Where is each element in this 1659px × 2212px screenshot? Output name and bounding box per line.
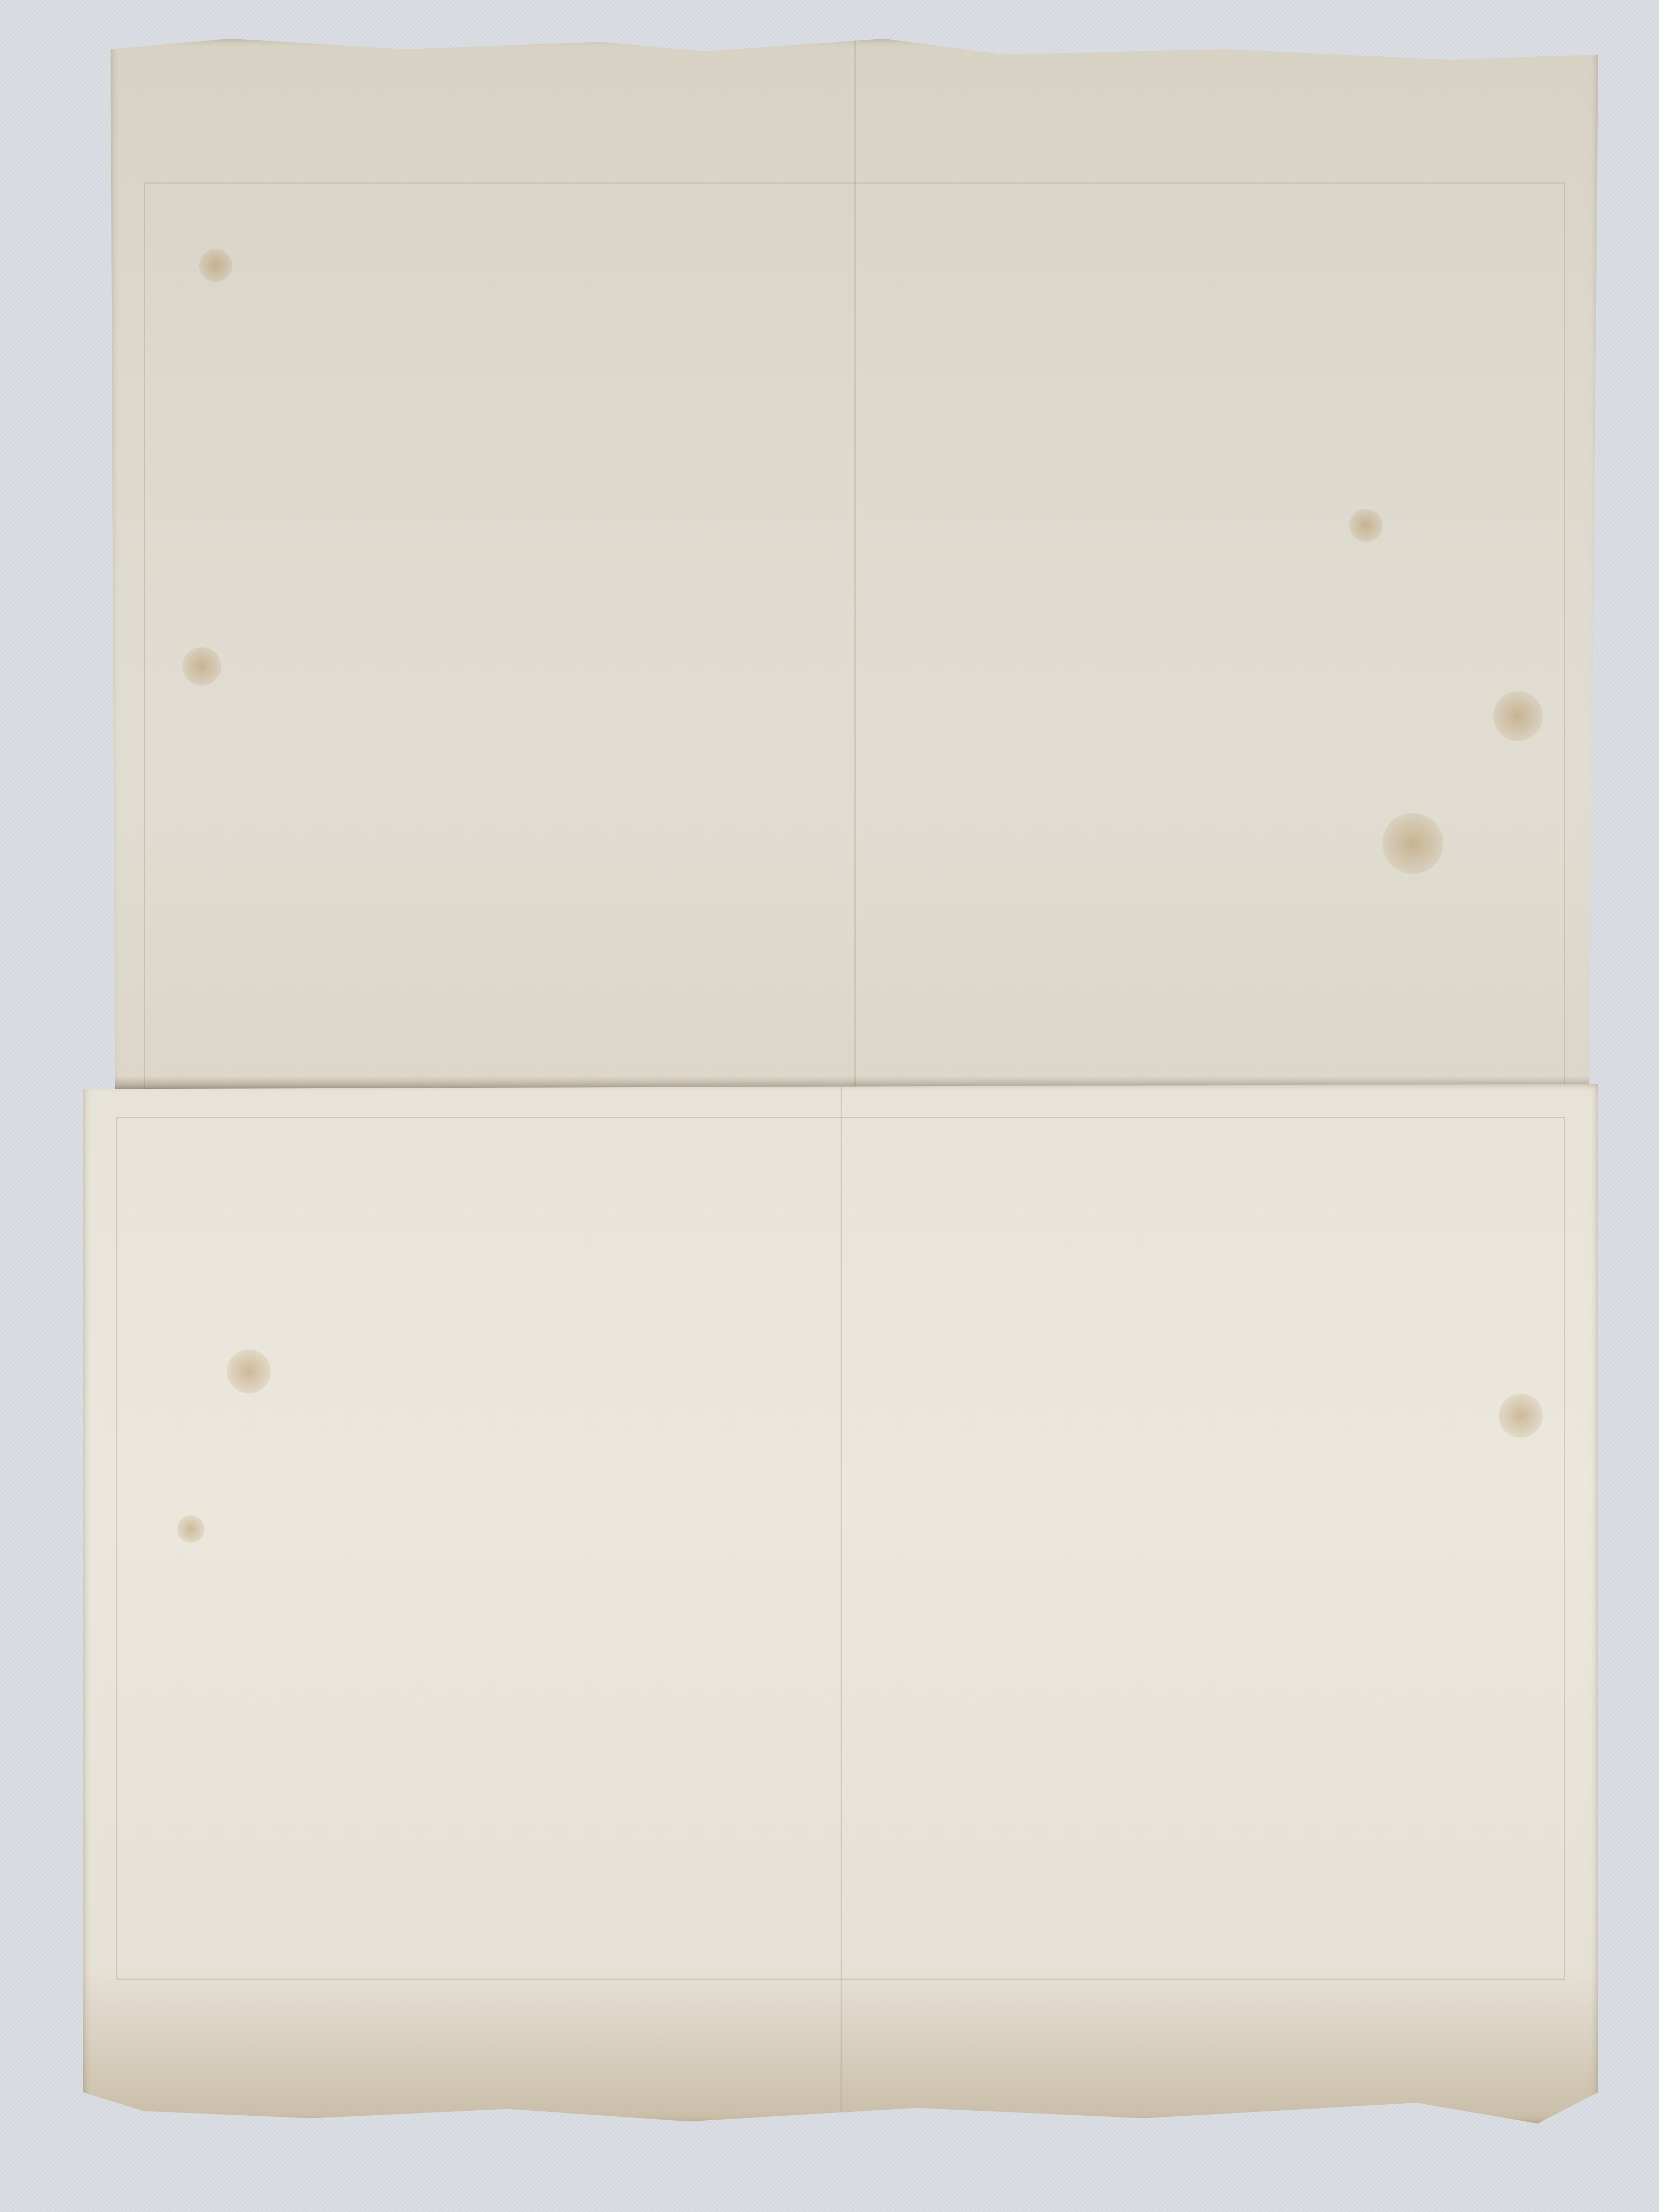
foxing-spot xyxy=(1383,813,1443,874)
foxing-spot xyxy=(227,1349,271,1394)
foxing-spot xyxy=(182,647,221,686)
paper-leaf-bottom xyxy=(83,1084,1598,2124)
foxing-spot xyxy=(1349,509,1383,542)
paper-leaf-top xyxy=(111,39,1598,1089)
plate-mark xyxy=(116,1117,1565,1980)
foxing-spot xyxy=(199,249,232,282)
foxing-spot xyxy=(1493,691,1543,741)
plate-mark xyxy=(144,182,1565,1089)
foxing-spot xyxy=(1499,1394,1543,1438)
foxing-spot xyxy=(177,1515,205,1543)
